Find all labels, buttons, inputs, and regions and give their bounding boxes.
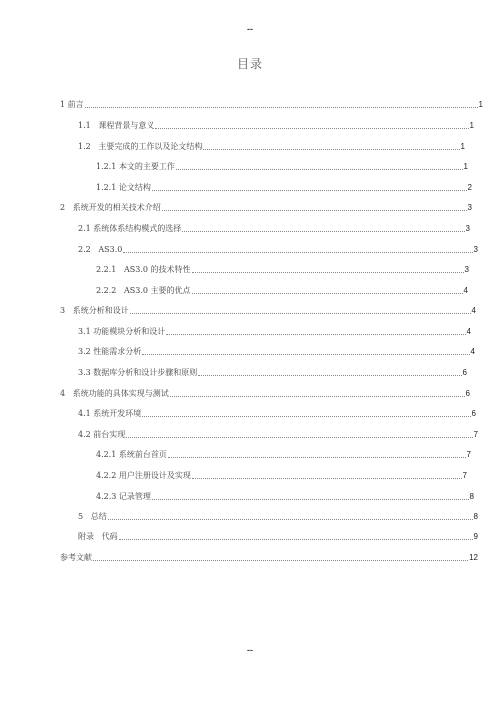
toc-entry-page-number: 3 [468,203,472,213]
toc-entry[interactable]: 2.1 系统体系结构模式的选择3 [78,222,470,234]
toc-entry[interactable]: 5 总结8 [78,510,478,522]
toc-entry-page-number: 7 [463,471,467,481]
toc-entry[interactable]: 2 系统开发的相关技术介绍3 [60,201,472,213]
toc-entry[interactable]: 4.2 前台实现7 [78,428,478,440]
toc-entry-page-number: 6 [466,389,470,399]
toc-entry-label: 5 总结 [78,512,107,522]
toc-entry-label: 4.2 前台实现 [78,430,125,440]
toc-entry-page-number: 4 [471,347,475,357]
toc-leader-dots [192,292,463,294]
toc-entry-label: 2.1 系统体系结构模式的选择 [78,224,181,234]
toc-leader-dots [192,271,464,273]
toc-entry-page-number: 1 [470,121,474,131]
toc-entry-label: 2.2 AS3.0 [78,245,122,255]
toc-entry[interactable]: 1.2.1 本文的主要工作1 [96,160,468,172]
page-header-mark: -- [0,24,500,34]
toc-entry-label: 1.2 主要完成的工作以及论文结构 [78,142,202,152]
toc-entry-label: 2.2.1 AS3.0 的技术特性 [96,265,191,275]
toc-leader-dots [155,127,468,129]
toc-entry[interactable]: 附录 代码9 [78,530,478,542]
toc-entry[interactable]: 2.2.1 AS3.0 的技术特性3 [96,263,469,275]
toc-leader-dots [93,559,468,561]
toc-entry-label: 1 前言 [60,100,84,110]
toc-entry[interactable]: 3.1 功能模块分析和设计4 [78,325,471,337]
toc-entry[interactable]: 1.2.1 论文结构2 [96,181,472,193]
toc-leader-dots [142,415,470,417]
toc-entry-label: 1.2.1 本文的主要工作 [96,162,175,172]
toc-entry[interactable]: 4.2.2 用户注册设计及实现7 [96,469,467,481]
toc-entry-page-number: 3 [465,265,469,275]
toc-entry-label: 3.3 数据库分析和设计步骤和原则 [78,368,197,378]
toc-leader-dots [152,498,469,500]
toc-entry-label: 4.1 系统开发环境 [78,409,141,419]
toc-leader-dots [166,333,465,335]
toc-entry-label: 4.2.2 用户注册设计及实现 [96,471,191,481]
toc-entry-page-number: 7 [467,450,471,460]
toc-entry-page-number: 4 [464,286,468,296]
toc-leader-dots [198,374,461,376]
toc-entry-page-number: 7 [474,430,478,440]
toc-entry-page-number: 4 [472,306,476,316]
toc-entry-page-number: 1 [464,162,468,172]
toc-entry[interactable]: 4.1 系统开发环境6 [78,407,476,419]
toc-leader-dots [108,518,473,520]
toc-entry-page-number: 9 [474,532,478,542]
toc-entry-page-number: 1 [461,142,465,152]
toc-entry[interactable]: 4.2.1 系统前台首页7 [96,448,471,460]
toc-leader-dots [182,230,464,232]
toc-entry-page-number: 6 [463,368,467,378]
toc-leader-dots [119,538,473,540]
toc-leader-dots [130,312,471,314]
toc-leader-dots [192,477,462,479]
toc-entry-page-number: 3 [474,245,478,255]
toc-entry[interactable]: 1.2 主要完成的工作以及论文结构1 [78,140,465,152]
toc-entry[interactable]: 4 系统功能的具体实现与测试6 [60,387,470,399]
toc-entry[interactable]: 3 系统分析和设计4 [60,304,476,316]
toc-leader-dots [162,209,467,211]
toc-entry[interactable]: 1 前言1 [60,98,483,110]
toc-leader-dots [170,395,465,397]
toc-title: 目录 [0,55,500,72]
toc-entry-label: 附录 代码 [78,532,118,542]
toc-entry-page-number: 12 [469,553,478,563]
toc-entry-label: 4 系统功能的具体实现与测试 [60,389,169,399]
toc-entry[interactable]: 参考文献12 [60,551,478,563]
toc-entry-page-number: 8 [470,492,474,502]
toc-entry[interactable]: 2.2 AS3.03 [78,243,478,255]
toc-entry-label: 2 系统开发的相关技术介绍 [60,203,161,213]
toc-entry-label: 2.2.2 AS3.0 主要的优点 [96,286,191,296]
toc-entry[interactable]: 2.2.2 AS3.0 主要的优点4 [96,284,468,296]
toc-entry-label: 1.1 课程背景与意义 [78,121,154,131]
toc-leader-dots [126,436,472,438]
toc-entry[interactable]: 3.2 性能需求分析4 [78,345,475,357]
toc-entry-page-number: 4 [467,327,471,337]
toc-leader-dots [123,251,472,253]
page-footer-mark: -- [0,645,500,655]
toc-entry[interactable]: 4.2.3 记录管理8 [96,490,474,502]
toc-entry-label: 参考文献 [60,553,92,563]
toc-leader-dots [142,353,469,355]
toc-entry[interactable]: 3.3 数据库分析和设计步骤和原则6 [78,366,467,378]
toc-entry-page-number: 2 [468,183,472,193]
toc-leader-dots [85,106,478,108]
toc-entry-page-number: 3 [466,224,470,234]
toc-entry-label: 3.2 性能需求分析 [78,347,141,357]
toc-leader-dots [168,456,466,458]
toc-leader-dots [176,168,463,170]
toc-entry-page-number: 6 [472,409,476,419]
toc-entry-page-number: 1 [479,100,483,110]
toc-entry[interactable]: 1.1 课程背景与意义1 [78,119,474,131]
toc-leader-dots [152,189,467,191]
toc-entry-label: 3 系统分析和设计 [60,306,129,316]
toc-entry-label: 1.2.1 论文结构 [96,183,151,193]
toc-entry-label: 4.2.3 记录管理 [96,492,151,502]
toc-entry-label: 4.2.1 系统前台首页 [96,450,167,460]
toc-leader-dots [203,148,459,150]
toc-entry-label: 3.1 功能模块分析和设计 [78,327,165,337]
toc-entry-page-number: 8 [474,512,478,522]
